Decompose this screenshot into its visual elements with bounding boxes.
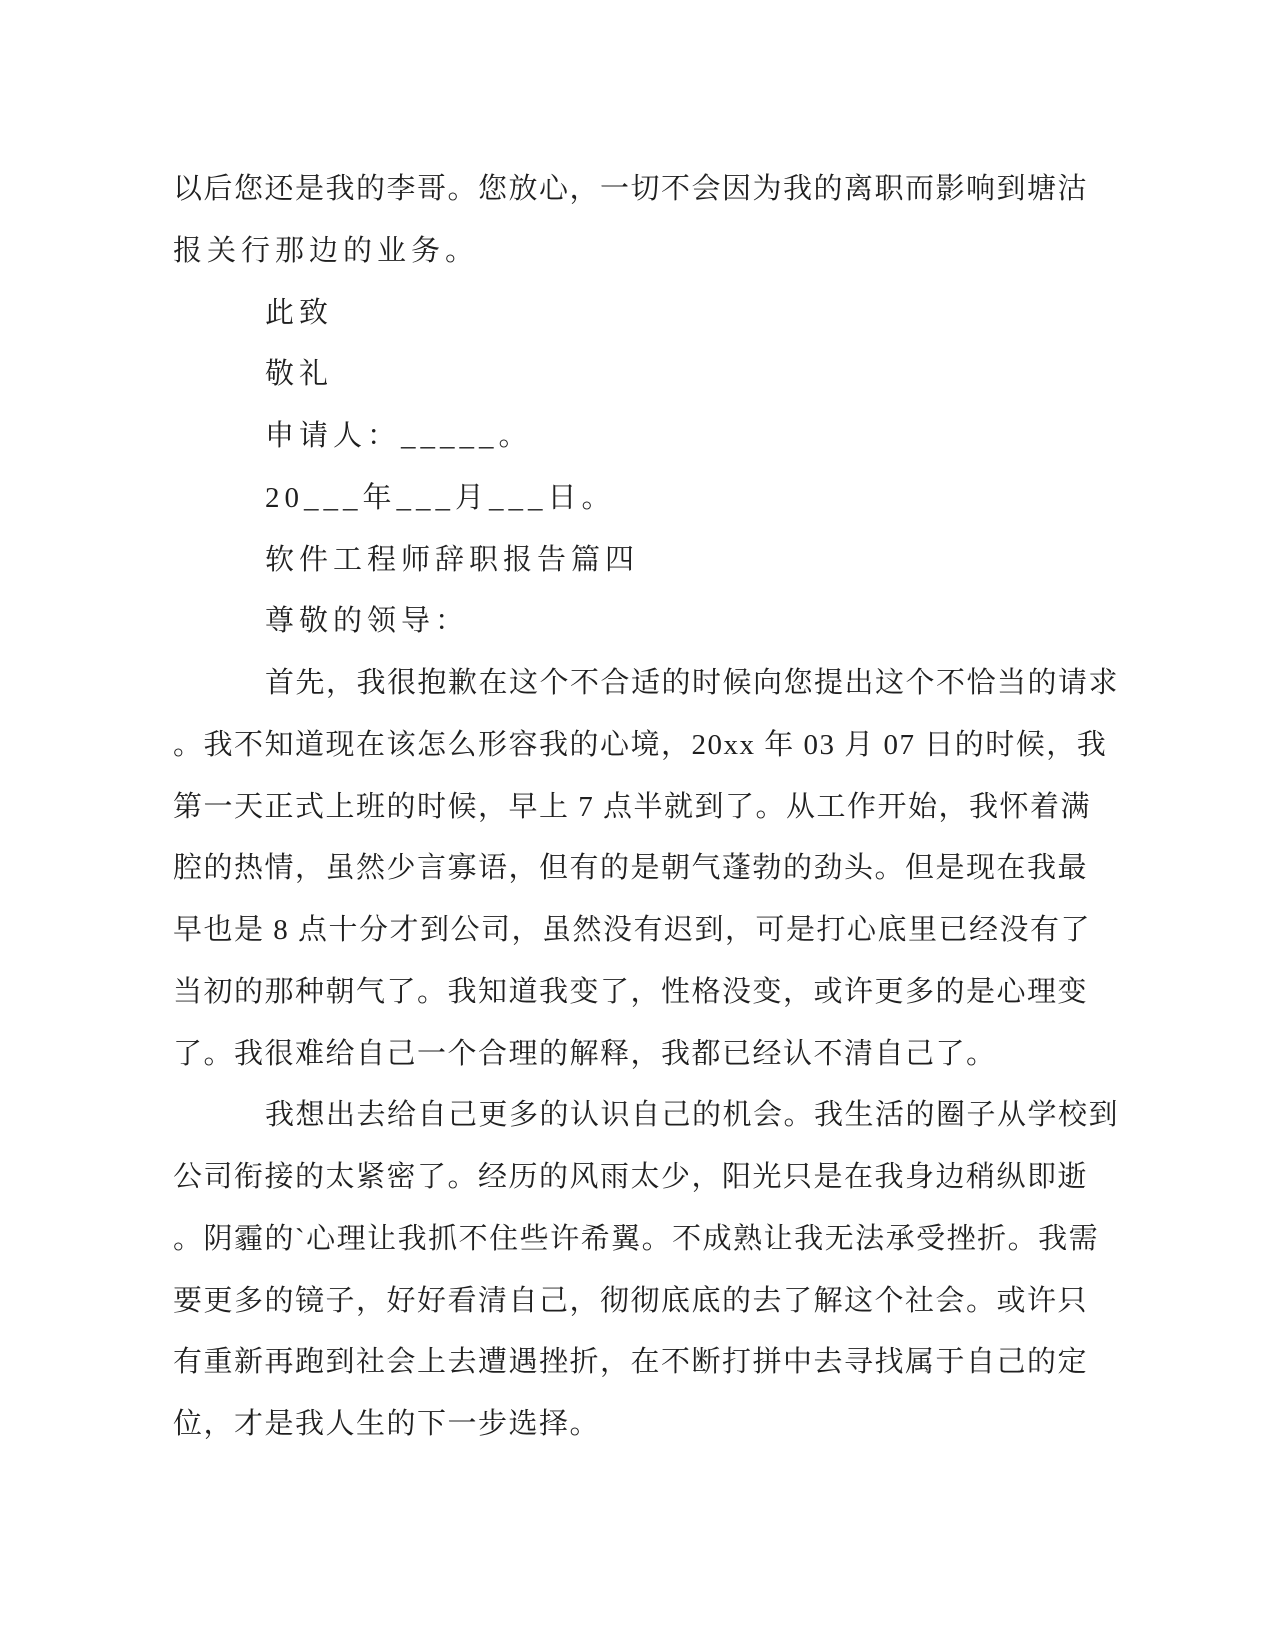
body-paragraph-line: 当初的那种朝气了。我知道我变了，性格没变，或许更多的是心理变 — [173, 962, 1133, 1024]
body-paragraph-line: 首先，我很抱歉在这个不合适的时候向您提出这个不恰当的请求 — [173, 653, 1133, 715]
body-paragraph-line: 早也是 8 点十分才到公司，虽然没有迟到，可是打心底里已经没有了 — [173, 900, 1133, 962]
letter-body: 以后您还是我的李哥。您放心，一切不会因为我的离职而影响到塘沽 报关行那边的业务。… — [173, 159, 1133, 1456]
salutation-line: 尊敬的领导： — [173, 591, 1133, 653]
paragraph-continuation-line: 以后您还是我的李哥。您放心，一切不会因为我的离职而影响到塘沽 — [173, 159, 1133, 221]
body-paragraph-line: 位，才是我人生的下一步选择。 — [173, 1394, 1133, 1456]
body-paragraph-line: 。阴霾的`心理让我抓不住些许希翼。不成熟让我无法承受挫折。我需 — [173, 1209, 1133, 1271]
body-paragraph-line: 腔的热情，虽然少言寡语，但有的是朝气蓬勃的劲头。但是现在我最 — [173, 838, 1133, 900]
body-paragraph-line: 第一天正式上班的时候，早上 7 点半就到了。从工作开始，我怀着满 — [173, 777, 1133, 839]
applicant-signature-line: 申请人：_____。 — [173, 406, 1133, 468]
body-paragraph-line: 公司衔接的太紧密了。经历的风雨太少，阳光只是在我身边稍纵即逝 — [173, 1147, 1133, 1209]
body-paragraph-line: 。我不知道现在该怎么形容我的心境，20xx 年 03 月 07 日的时候，我 — [173, 715, 1133, 777]
body-paragraph-line: 了。我很难给自己一个合理的解释，我都已经认不清自己了。 — [173, 1024, 1133, 1086]
paragraph-end-line: 报关行那边的业务。 — [173, 221, 1133, 283]
closing-salute-line: 敬礼 — [173, 344, 1133, 406]
date-blank-line: 20___年___月___日。 — [173, 468, 1133, 530]
closing-cizhi-line: 此致 — [173, 283, 1133, 345]
body-paragraph-line: 要更多的镜子，好好看清自己，彻彻底底的去了解这个社会。或许只 — [173, 1271, 1133, 1333]
body-paragraph-line: 我想出去给自己更多的认识自己的机会。我生活的圈子从学校到 — [173, 1085, 1133, 1147]
section-title: 软件工程师辞职报告篇四 — [173, 530, 1133, 592]
body-paragraph-line: 有重新再跑到社会上去遭遇挫折，在不断打拼中去寻找属于自己的定 — [173, 1332, 1133, 1394]
document-page: 以后您还是我的李哥。您放心，一切不会因为我的离职而影响到塘沽 报关行那边的业务。… — [0, 0, 1275, 1650]
